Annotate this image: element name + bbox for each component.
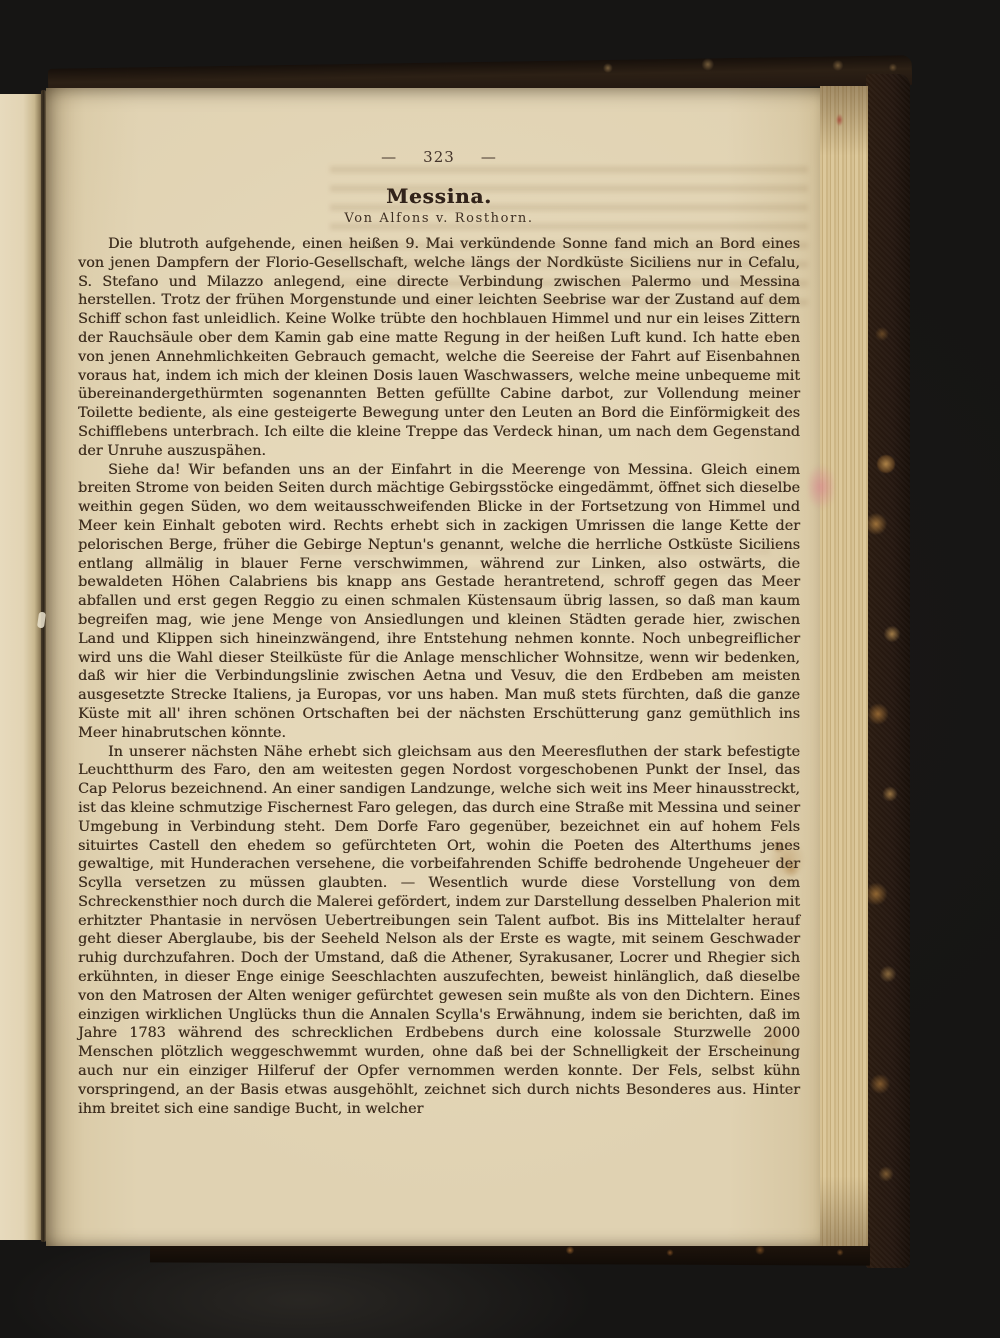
- dash-right: —: [481, 148, 497, 166]
- paragraph: Siehe da! Wir befanden uns an der Einfah…: [78, 461, 800, 743]
- book-cover-right-edge: [866, 74, 910, 1268]
- printed-page-content: —323— Messina. Von Alfons v. Rosthorn. D…: [78, 148, 800, 1118]
- red-mark: [836, 114, 843, 126]
- facing-page-edge: [0, 94, 42, 1240]
- page-fore-edge: [820, 86, 868, 1246]
- paragraph: In unserer nächsten Nähe erhebt sich gle…: [78, 743, 800, 1119]
- page-number: —323—: [78, 148, 800, 166]
- article-body: Die blutroth aufgehende, einen heißen 9.…: [78, 235, 800, 1118]
- article-title: Messina.: [78, 184, 800, 208]
- paragraph: Die blutroth aufgehende, einen heißen 9.…: [78, 235, 800, 461]
- article-byline: Von Alfons v. Rosthorn.: [78, 211, 800, 226]
- page-number-value: 323: [423, 148, 455, 166]
- pink-stain: [808, 464, 834, 510]
- dash-left: —: [381, 148, 397, 166]
